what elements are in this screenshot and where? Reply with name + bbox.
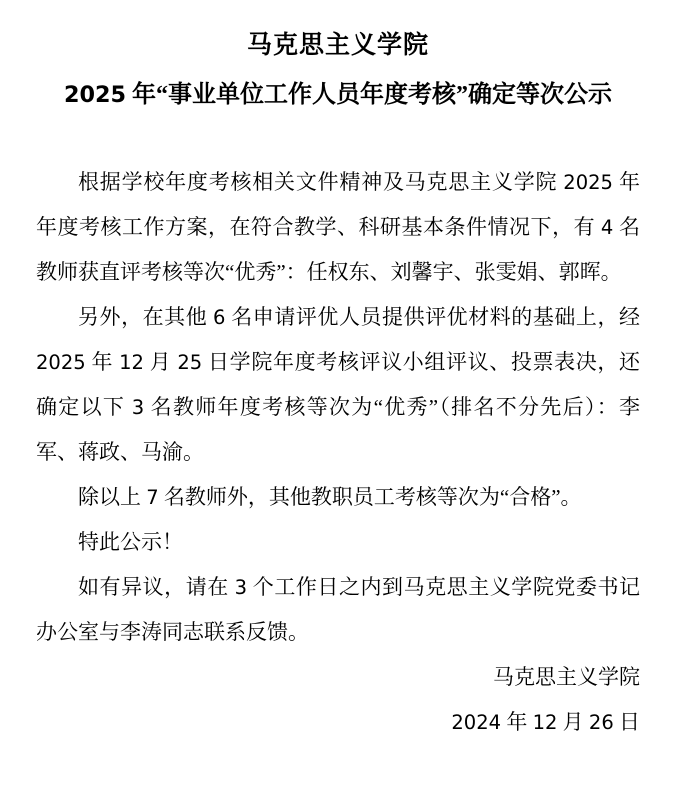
paragraph-announcement: 特此公示！ [36,520,640,565]
date: 2024 年 12 月 26 日 [36,700,640,745]
signature: 马克思主义学院 [36,655,640,700]
paragraph-qualified: 除以上 7 名教师外，其他教职员工考核等次为“合格”。 [36,475,640,520]
notice-body: 根据学校年度考核相关文件精神及马克思主义学院 2025 年年度考核工作方案，在符… [36,160,640,745]
notice-title: 马克思主义学院 [36,30,640,61]
paragraph-contact: 如有异议，请在 3 个工作日之内到马克思主义学院党委书记办公室与李涛同志联系反馈… [36,565,640,655]
paragraph-direct-evaluation: 根据学校年度考核相关文件精神及马克思主义学院 2025 年年度考核工作方案，在符… [36,160,640,295]
notice-subtitle: 2025 年“事业单位工作人员年度考核”确定等次公示 [36,80,640,110]
paragraph-vote-evaluation: 另外，在其他 6 名申请评优人员提供评优材料的基础上，经 2025 年 12 月… [36,295,640,475]
notice-document: 马克思主义学院 2025 年“事业单位工作人员年度考核”确定等次公示 根据学校年… [0,0,674,786]
